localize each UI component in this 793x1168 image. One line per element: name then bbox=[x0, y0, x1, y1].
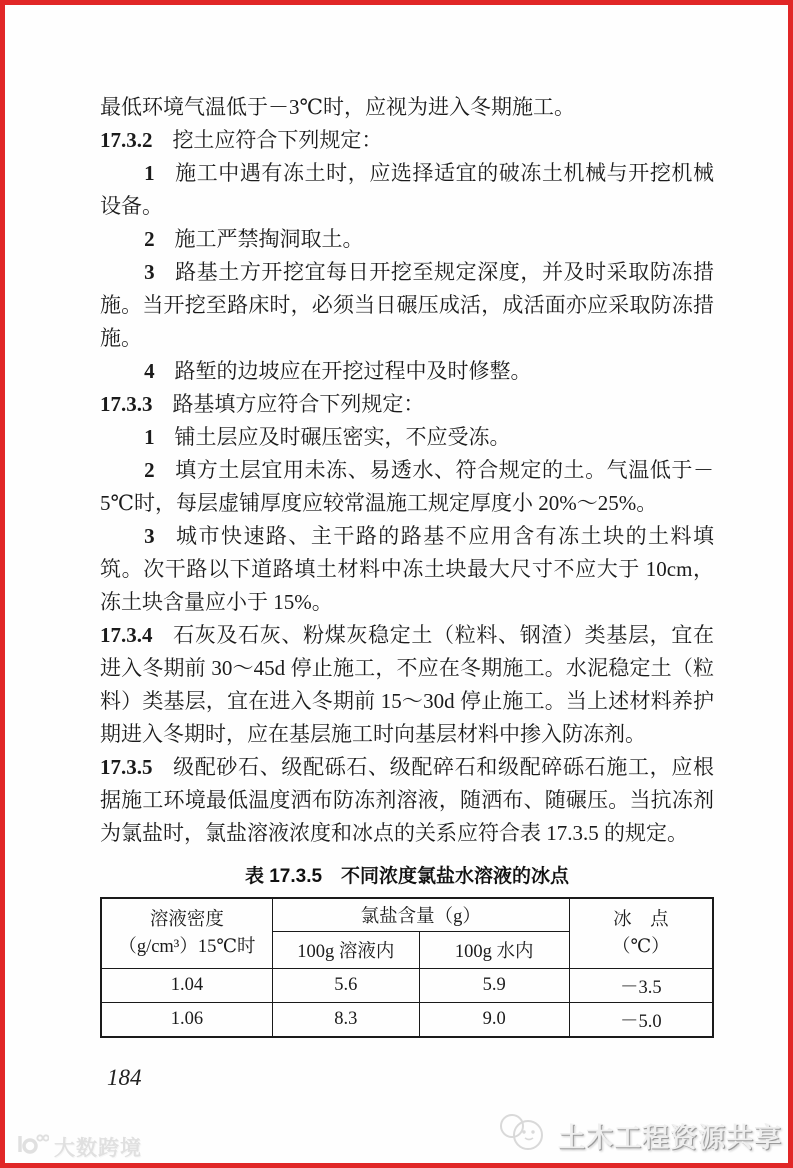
item-1: 1施工中遇有冻土时，应选择适宜的破冻土机械与开挖机械设备。 bbox=[100, 157, 714, 223]
paragraph-text: 路基土方开挖宜每日开挖至规定深度，并及时采取防冻措施。当开挖至路床时，必须当日碾… bbox=[100, 260, 714, 350]
paragraph-text: 路基填方应符合下列规定： bbox=[172, 392, 424, 416]
header-sub-solution-cell: 100g 溶液内 bbox=[272, 932, 419, 969]
item-1: 1铺土层应及时碾压密实，不应受冻。 bbox=[100, 421, 714, 454]
dashu-watermark: 大数跨境 bbox=[13, 1131, 142, 1163]
paragraph-text: 填方土层宜用未冻、易透水、符合规定的土。气温低于－5℃时，每层虚铺厚度应较常温施… bbox=[100, 458, 714, 515]
table-title: 表 17.3.5 不同浓度氯盐水溶液的冰点 bbox=[100, 861, 714, 888]
freezing-point-table: 溶液密度 （g/cm³）15℃时 氯盐含量（g） 冰 点 （℃） 100g 溶液… bbox=[100, 897, 714, 1038]
cell-salt-water: 5.9 bbox=[419, 969, 569, 1003]
resource-share-watermark: 土木工程资源共享 bbox=[494, 1111, 782, 1160]
item-number: 1 bbox=[144, 161, 155, 185]
cell-freezing-point: －3.5 bbox=[569, 969, 713, 1003]
item-number: 2 bbox=[144, 227, 155, 251]
header-salt-group-cell: 氯盐含量（g） bbox=[272, 898, 569, 932]
paragraph-text: 施工严禁掏洞取土。 bbox=[175, 227, 364, 251]
table-header-row-1: 溶液密度 （g/cm³）15℃时 氯盐含量（g） 冰 点 （℃） bbox=[101, 898, 713, 932]
body-text-block: 最低环境气温低于－3℃时，应视为进入冬期施工。 17.3.2挖土应符合下列规定：… bbox=[100, 91, 714, 1038]
paragraph-text: 铺土层应及时碾压密实，不应受冻。 bbox=[175, 425, 511, 449]
header-sub-water-cell: 100g 水内 bbox=[419, 932, 569, 969]
section-17-3-4: 17.3.4石灰及石灰、粉煤灰稳定土（粒料、钢渣）类基层，宜在进入冬期前 30～… bbox=[100, 619, 714, 751]
bird-mascot-icon bbox=[494, 1111, 550, 1160]
section-number: 17.3.2 bbox=[100, 128, 153, 152]
item-4: 4路堑的边坡应在开挖过程中及时修整。 bbox=[100, 355, 714, 388]
paragraph-text: 挖土应符合下列规定： bbox=[172, 128, 382, 152]
item-number: 2 bbox=[144, 458, 155, 482]
section-17-3-3: 17.3.3路基填方应符合下列规定： bbox=[100, 388, 714, 421]
section-number: 17.3.3 bbox=[100, 392, 153, 416]
paragraph-continuation: 最低环境气温低于－3℃时，应视为进入冬期施工。 bbox=[100, 91, 714, 124]
paragraph-text: 路堑的边坡应在开挖过程中及时修整。 bbox=[175, 359, 532, 383]
item-3: 3路基土方开挖宜每日开挖至规定深度，并及时采取防冻措施。当开挖至路床时，必须当日… bbox=[100, 256, 714, 355]
dashu-watermark-text: 大数跨境 bbox=[54, 1132, 142, 1162]
item-2: 2施工严禁掏洞取土。 bbox=[100, 223, 714, 256]
cell-density: 1.04 bbox=[101, 969, 272, 1003]
header-density-cell: 溶液密度 （g/cm³）15℃时 bbox=[101, 898, 272, 969]
item-2: 2填方土层宜用未冻、易透水、符合规定的土。气温低于－5℃时，每层虚铺厚度应较常温… bbox=[100, 454, 714, 520]
cell-salt-solution: 8.3 bbox=[272, 1003, 419, 1038]
paragraph-text: 级配砂石、级配砾石、级配碎石和级配碎砾石施工，应根据施工环境最低温度洒布防冻剂溶… bbox=[100, 755, 714, 845]
cell-salt-water: 9.0 bbox=[419, 1003, 569, 1038]
header-freezing-line2: （℃） bbox=[574, 934, 708, 961]
section-number: 17.3.5 bbox=[100, 755, 153, 779]
header-freezing-line1: 冰 点 bbox=[574, 907, 708, 934]
paragraph-text: 石灰及石灰、粉煤灰稳定土（粒料、钢渣）类基层，宜在进入冬期前 30～45d 停止… bbox=[100, 623, 714, 746]
header-freezing-cell: 冰 点 （℃） bbox=[569, 898, 713, 969]
item-number: 1 bbox=[144, 425, 155, 449]
table-row: 1.04 5.6 5.9 －3.5 bbox=[101, 969, 713, 1003]
cell-salt-solution: 5.6 bbox=[272, 969, 419, 1003]
item-3: 3城市快速路、主干路的路基不应用含有冻土块的土料填筑。次干路以下道路填土材料中冻… bbox=[100, 520, 714, 619]
page-number: 184 bbox=[107, 1065, 142, 1091]
cell-freezing-point: －5.0 bbox=[569, 1003, 713, 1038]
document-page: 最低环境气温低于－3℃时，应视为进入冬期施工。 17.3.2挖土应符合下列规定：… bbox=[0, 0, 793, 1168]
dashu-logo-icon bbox=[13, 1131, 49, 1163]
section-17-3-5: 17.3.5级配砂石、级配砾石、级配碎石和级配碎砾石施工，应根据施工环境最低温度… bbox=[100, 751, 714, 850]
header-density-line2: （g/cm³）15℃时 bbox=[106, 934, 268, 961]
section-number: 17.3.4 bbox=[100, 623, 153, 647]
item-number: 3 bbox=[144, 524, 155, 548]
item-number: 4 bbox=[144, 359, 155, 383]
paragraph-text: 施工中遇有冻土时，应选择适宜的破冻土机械与开挖机械设备。 bbox=[100, 161, 714, 218]
section-17-3-2: 17.3.2挖土应符合下列规定： bbox=[100, 124, 714, 157]
paragraph-text: 最低环境气温低于－3℃时，应视为进入冬期施工。 bbox=[100, 95, 575, 119]
paragraph-text: 城市快速路、主干路的路基不应用含有冻土块的土料填筑。次干路以下道路填土材料中冻土… bbox=[100, 524, 714, 614]
table-row: 1.06 8.3 9.0 －5.0 bbox=[101, 1003, 713, 1038]
cell-density: 1.06 bbox=[101, 1003, 272, 1038]
header-density-line1: 溶液密度 bbox=[106, 907, 268, 934]
resource-share-watermark-text: 土木工程资源共享 bbox=[558, 1116, 782, 1155]
item-number: 3 bbox=[144, 260, 155, 284]
